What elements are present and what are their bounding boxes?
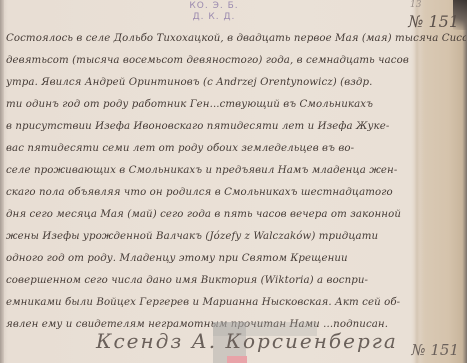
bottom-record-number: № 151 (411, 341, 459, 359)
text-line: девятьсот (тысяча восемьсот девяностого)… (6, 50, 411, 72)
text-line: утра. Явился Андрей Оринтиновъ (с Andrze… (6, 72, 411, 94)
archive-stamp: КО. Э. Б. Д. К. Д. (184, 1, 244, 23)
text-line: Состоялось в селе Дольбо Тихохацкой, в д… (6, 28, 466, 50)
text-line: селе проживающих в Смольникахъ и предъяв… (6, 160, 411, 182)
text-line: дня сего месяца Мая (май) сего года в пя… (6, 204, 411, 226)
signature: Ксендз А. Корсиенберга (96, 329, 398, 353)
document-page: КО. Э. Б. Д. К. Д. 13 № 151 Состоялось в… (0, 0, 467, 363)
corner-mark: 13 (410, 0, 421, 10)
text-line: вас пятидесяти семи лет от роду обоих зе… (6, 138, 411, 160)
red-mark (227, 356, 247, 363)
text-line: в присутствии Изефа Ивоновскаго пятидеся… (6, 116, 411, 138)
stamp-line-2: Д. К. Д. (184, 12, 244, 23)
text-line: емниками были Войцех Гергерев и Марианна… (6, 292, 411, 314)
text-line: жены Изефы урожденной Валчакъ (Józefy z … (6, 226, 411, 248)
text-line: скаго пола объявляя что он родился в Смо… (6, 182, 411, 204)
text-line: совершенном сего числа дано имя Виктория… (6, 270, 411, 292)
handwritten-text-block: Состоялось в селе Дольбо Тихохацкой, в д… (6, 28, 466, 336)
text-line: ти одинъ год от роду работник Ген...ству… (6, 94, 411, 116)
text-line: одного год от роду. Младенцу этому при С… (6, 248, 411, 270)
stamp-line-1: КО. Э. Б. (184, 1, 244, 12)
